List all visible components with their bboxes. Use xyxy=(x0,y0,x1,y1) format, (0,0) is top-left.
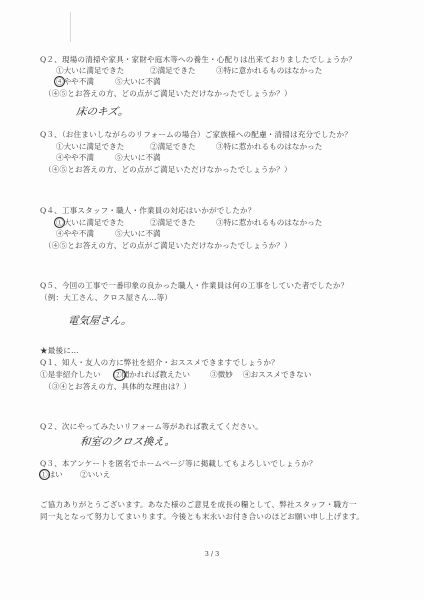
closing-line-1: ご協力ありがとうございます。あなた様のご意見を成長の糧として、弊社スタッフ・職方… xyxy=(40,500,357,510)
q3-option-2: ②満足できた xyxy=(150,142,196,152)
final-q1-question: Q１、知人・友人の方に弊社を紹介・おススメできますでしょうか？ xyxy=(40,358,279,368)
final-q1-option-3: ③微妙 xyxy=(210,370,233,380)
closing-line-2: 同一丸となって努力してまいります。今後とも末永いお付き合いのほどお願い申し上げま… xyxy=(40,512,364,522)
q5-handwritten-answer: 電気屋さん。 xyxy=(67,315,132,327)
final-q1-selected-circle xyxy=(113,369,126,381)
q4-question: Q４、工事スタッフ・職人・作業員の対応はいかがでしたか？ xyxy=(40,206,255,216)
q3-option-5: ⑤大いに不満 xyxy=(115,153,161,163)
q4-option-2: ②満足できた xyxy=(150,218,196,228)
q4-option-4: ④やや不満 xyxy=(56,229,94,239)
final-q1-followup: （③④とお答えの方、具体的な理由は？） xyxy=(44,382,191,392)
page-number: 3 / 3 xyxy=(0,550,424,558)
scan-artifact xyxy=(70,12,71,42)
final-q3-question: Q３、本アンケートを匿名でホームページ等に掲載してもよろしいでしょうか？ xyxy=(40,459,317,469)
q2-option-5: ⑤大いに不満 xyxy=(115,77,161,87)
q2-selected-circle xyxy=(54,76,65,87)
survey-page: Q２、現場の清掃や家具・家財や庭木等への養生・心配りは出来ておりましたでしょうか… xyxy=(0,0,424,600)
q3-question: Q３、（お住まいしながらのリフォームの場合）ご家族様への配慮・清掃は充分でしたか… xyxy=(40,130,352,140)
q3-option-1: ①大いに満足できた xyxy=(56,142,124,152)
final-q3-selected-circle xyxy=(39,469,50,480)
q4-option-1: ①大いに満足できた xyxy=(56,218,124,228)
final-q2-question: Q２、次にやってみたいリフォーム等があれば教えてください。 xyxy=(40,422,263,432)
final-q3-option-2: ②いいえ xyxy=(80,470,110,480)
q4-option-3: ③特に惹かれるものはなかった xyxy=(216,218,322,228)
q5-question: Q５、今回の工事で一番印象の良かった職人・作業員は何の工事をしていた者でしたか？ xyxy=(40,281,348,291)
final-q1-option-1: ①是非紹介したい xyxy=(40,370,101,380)
q2-followup: （④⑤とお答えの方、どの点がご満足いただけなかったでしょうか？） xyxy=(44,89,292,99)
q3-option-4: ④やや不満 xyxy=(56,153,94,163)
q3-followup: （④⑤とお答えの方、どの点がご満足いただけなかったでしょうか？） xyxy=(44,165,292,175)
q3-option-3: ③特に惹かれるものはなかった xyxy=(216,142,322,152)
q2-option-1: ①大いに満足できた xyxy=(56,66,124,76)
q4-followup: （④⑤とお答えの方、どの点がご満足いただけなかったでしょうか？） xyxy=(44,241,292,251)
q2-handwritten-answer: 床のキズ。 xyxy=(75,106,129,118)
final-q2-handwritten-answer: 和室のクロス換え。 xyxy=(79,436,175,448)
q4-option-5: ⑤大いに不満 xyxy=(115,229,161,239)
final-heading: ★最後に… xyxy=(40,346,79,356)
q5-example: （例：大工さん、クロス屋さん…等） xyxy=(40,293,172,303)
final-q1-option-4: ④おススメできない xyxy=(243,370,311,380)
q2-option-2: ②満足できた xyxy=(150,66,196,76)
q2-option-3: ③特に意かれるものはなかった xyxy=(216,66,322,76)
q4-selected-circle xyxy=(54,217,65,228)
q2-question: Q２、現場の清掃や家具・家財や庭木等への養生・心配りは出来ておりましたでしょうか… xyxy=(40,55,356,65)
